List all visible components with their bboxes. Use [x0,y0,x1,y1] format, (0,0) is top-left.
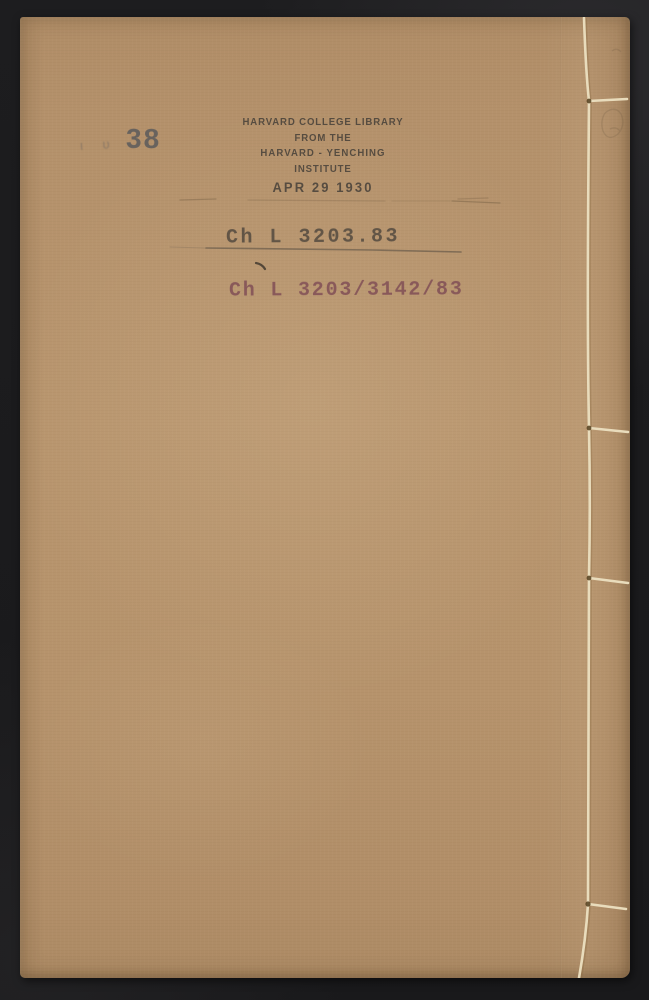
cover-crease [560,17,562,978]
pencil-scribble [602,49,623,137]
shelf-number: 38 [126,123,161,155]
library-stamp-line: INSTITUTE [229,162,417,178]
faint-rule-segment [180,199,216,200]
vertical-thread-shadow [580,19,591,978]
call-number-new: Ch L 3203/3142/83 [229,278,464,302]
library-stamp-date: APR 29 1930 [229,180,417,195]
vertical-thread [579,18,590,978]
pencil-scribble-stroke [612,49,621,52]
call-number-underline-fade [170,247,205,248]
library-stamp-line: HARVARD COLLEGE LIBRARY [229,115,417,131]
library-stamp: HARVARD COLLEGE LIBRARY FROM THE HARVARD… [229,115,417,195]
pen-tick-mark [256,263,265,269]
stitch-bottom [588,904,626,909]
stitch-lower-middle [589,578,628,583]
faint-pencil-marks: ι υ [80,136,118,153]
library-stamp-line: FROM THE [229,131,417,147]
faint-rule-segment [452,201,500,203]
stitch-hole [587,426,592,431]
pencil-scribble-stroke [610,128,620,131]
stitch-upper-middle [589,428,628,432]
stitch-hole [587,576,592,581]
call-number-old: Ch L 3203.83 [226,225,400,249]
thread-shadow-group [580,19,591,978]
library-stamp-line: HARVARD - YENCHING [229,146,417,162]
faint-rule [180,198,500,203]
scan-backdrop: HARVARD COLLEGE LIBRARY FROM THE HARVARD… [0,0,649,1000]
stitch-holes [585,99,591,907]
faint-rule-segment [248,200,385,201]
thread-group [579,18,628,978]
faint-rule-segment [458,198,488,199]
stitch-top [589,99,627,101]
stitch-hole [585,901,590,906]
pencil-scribble-stroke [602,109,623,137]
book-cover: HARVARD COLLEGE LIBRARY FROM THE HARVARD… [20,17,630,978]
stitch-hole [587,99,592,104]
